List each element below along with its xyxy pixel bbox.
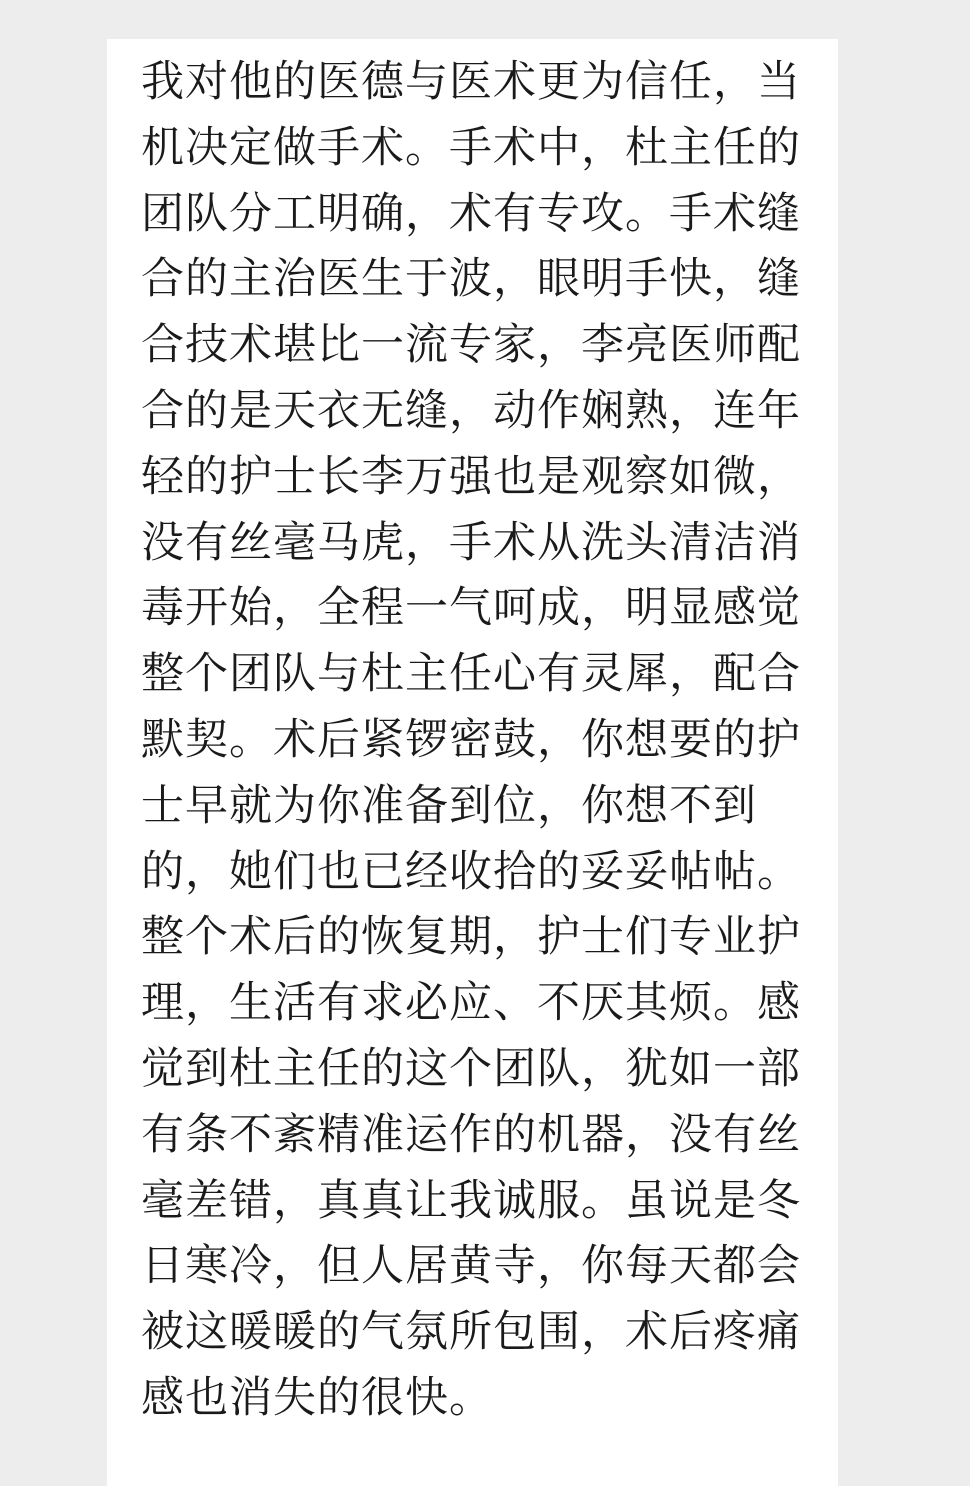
text-line: 觉到杜主任的这个团队，犹如一部 [141,1037,821,1103]
text-line: 感也消失的很快。 [141,1366,821,1432]
text-line: 默契。术后紧锣密鼓，你想要的护 [141,708,821,774]
text-line: 整个团队与杜主任心有灵犀，配合 [141,642,821,708]
text-line: 团队分工明确，术有专攻。手术缝 [141,182,821,248]
text-line: 我对他的医德与医术更为信任，当 [141,50,821,116]
text-line: 整个术后的恢复期，护士们专业护 [141,905,821,971]
text-line: 轻的护士长李万强也是观察如微， [141,445,821,511]
text-line: 被这暖暖的气氛所包围，术后疼痛 [141,1300,821,1366]
text-line: 合技术堪比一流专家，李亮医师配 [141,313,821,379]
text-line: 的，她们也已经收拾的妥妥帖帖。 [141,840,821,906]
page-background: 我对他的医德与医术更为信任，当 机决定做手术。手术中，杜主任的 团队分工明确，术… [0,0,970,1486]
article-text: 我对他的医德与医术更为信任，当 机决定做手术。手术中，杜主任的 团队分工明确，术… [141,50,821,1432]
text-line: 日寒冷，但人居黄寺，你每天都会 [141,1234,821,1300]
text-line: 士早就为你准备到位，你想不到 [141,774,821,840]
text-line: 有条不紊精准运作的机器，没有丝 [141,1103,821,1169]
text-line: 合的是天衣无缝，动作娴熟，连年 [141,379,821,445]
text-line: 毫差错，真真让我诚服。虽说是冬 [141,1169,821,1235]
text-line: 理，生活有求必应、不厌其烦。感 [141,971,821,1037]
text-line: 没有丝毫马虎，手术从洗头清洁消 [141,511,821,577]
text-line: 毒开始，全程一气呵成，明显感觉 [141,576,821,642]
text-line: 机决定做手术。手术中，杜主任的 [141,116,821,182]
text-line: 合的主治医生于波，眼明手快，缝 [141,247,821,313]
